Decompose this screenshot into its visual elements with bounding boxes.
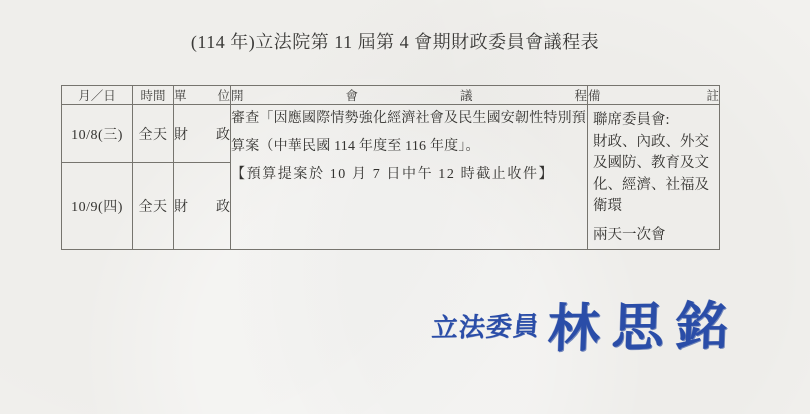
cell-time-2: 全天: [133, 163, 174, 250]
column-header-agenda: 開會議程: [231, 86, 588, 105]
column-header-notes: 備註: [588, 86, 720, 105]
notes-committees: 財政、內政、外交及國防、教育及文化、經濟、社福及衛環: [593, 132, 717, 218]
cell-time-1: 全天: [133, 105, 174, 163]
page-title: (114 年)立法院第 11 屆第 4 會期財政委員會議程表: [0, 28, 790, 54]
cell-notes: 聯席委員會: 財政、內政、外交及國防、教育及文化、經濟、社福及衛環 兩天一次會: [588, 105, 720, 250]
cell-date-2: 10/9(四): [62, 163, 133, 250]
notes-footer: 兩天一次會: [593, 225, 717, 247]
signature-name: 林思銘: [547, 283, 742, 361]
cell-date-1: 10/8(三): [62, 105, 133, 163]
agenda-table: 月／日 時間 單位 開會議程 備註 10/8(三) 全天 財政 審查「因應國際情…: [61, 85, 720, 250]
notes-title: 聯席委員會:: [593, 110, 717, 132]
column-header-unit: 單位: [174, 86, 231, 105]
notes-content: 聯席委員會: 財政、內政、外交及國防、教育及文化、經濟、社福及衛環 兩天一次會: [588, 105, 719, 249]
legislator-signature: 立法委員 林思銘: [431, 283, 740, 363]
column-header-time: 時間: [133, 86, 174, 105]
column-header-date: 月／日: [62, 86, 133, 105]
table-row: 10/8(三) 全天 財政 審查「因應國際情勢強化經濟社會及民生國安韌性特別預 …: [62, 105, 720, 163]
cell-unit-2: 財政: [174, 163, 231, 250]
agenda-line-1: 審查「因應國際情勢強化經濟社會及民生國安韌性特別預: [231, 105, 587, 133]
table-header-row: 月／日 時間 單位 開會議程 備註: [62, 86, 720, 105]
cell-unit-1: 財政: [174, 105, 231, 163]
agenda-deadline: 【預算提案於 10 月 7 日中午 12 時截止收件】: [231, 161, 587, 189]
signature-title: 立法委員: [430, 306, 541, 345]
cell-agenda: 審查「因應國際情勢強化經濟社會及民生國安韌性特別預 算案（中華民國 114 年度…: [231, 105, 588, 250]
scanned-agenda-document: (114 年)立法院第 11 屆第 4 會期財政委員會議程表 月／日 時間 單位…: [0, 0, 810, 414]
agenda-line-2: 算案（中華民國 114 年度至 116 年度」。: [231, 133, 587, 161]
